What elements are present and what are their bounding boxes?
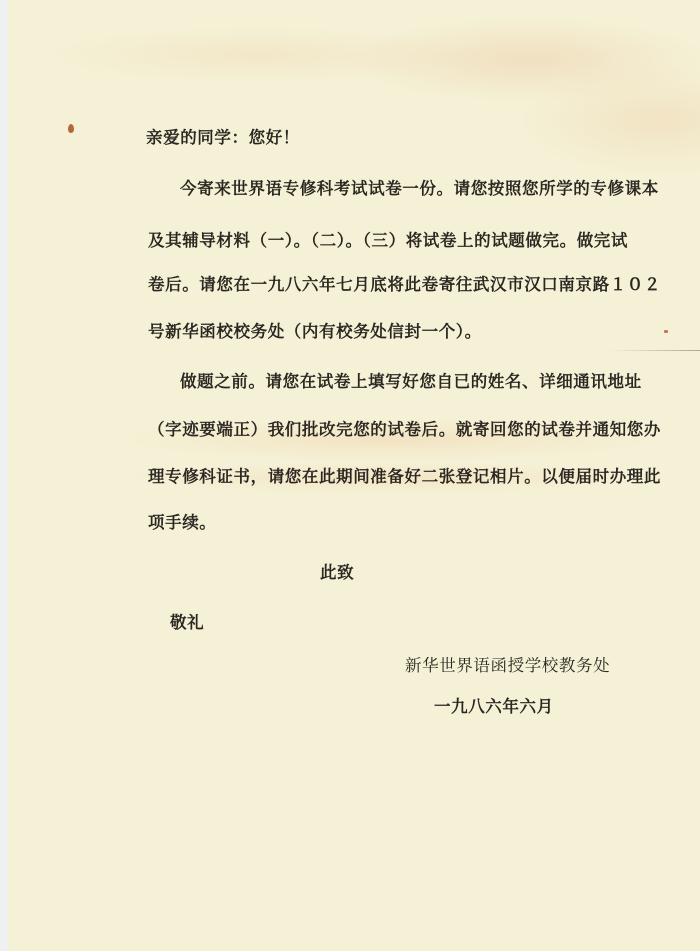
paper-fold-line [608,350,700,351]
paragraph-2-line-3: 理专修科证书，请您在此期间准备好二张登记相片。以便届时办理此 [148,467,661,487]
letter-page: 亲爱的同学：您好！ 今寄来世界语专修科考试试卷一份。请您按照您所学的专修课本 及… [0,0,700,951]
paragraph-1-line-1: 今寄来世界语专修科考试试卷一份。请您按照您所学的专修课本 [180,179,659,199]
signature-date: 一九八六年六月 [434,697,554,717]
salutation: 亲爱的同学：您好！ [146,128,300,148]
regards: 敬礼 [170,613,204,633]
paragraph-2-line-1: 做题之前。请您在试卷上填写好您自已的姓名、详细通讯地址 [180,372,642,392]
paragraph-2-line-4: 项手续。 [148,513,216,533]
closing: 此致 [320,563,354,583]
paper-stain [664,330,668,333]
paragraph-2-line-2: （字迹要端正）我们批改完您的试卷后。就寄回您的试卷并通知您办 [148,420,661,440]
paragraph-1-line-2: 及其辅导材料（一）。（二）。（三）将试卷上的试题做完。做完试 [148,231,628,251]
signature-organization: 新华世界语函授学校教务处 [405,656,610,676]
paper-stain [68,124,74,133]
paragraph-1-line-4: 号新华函校校务处（内有校务处信封一个）。 [148,322,482,342]
paragraph-1-line-3: 卷后。请您在一九八六年七月底将此卷寄往武汉市汉口南京路１０２ [148,275,661,295]
